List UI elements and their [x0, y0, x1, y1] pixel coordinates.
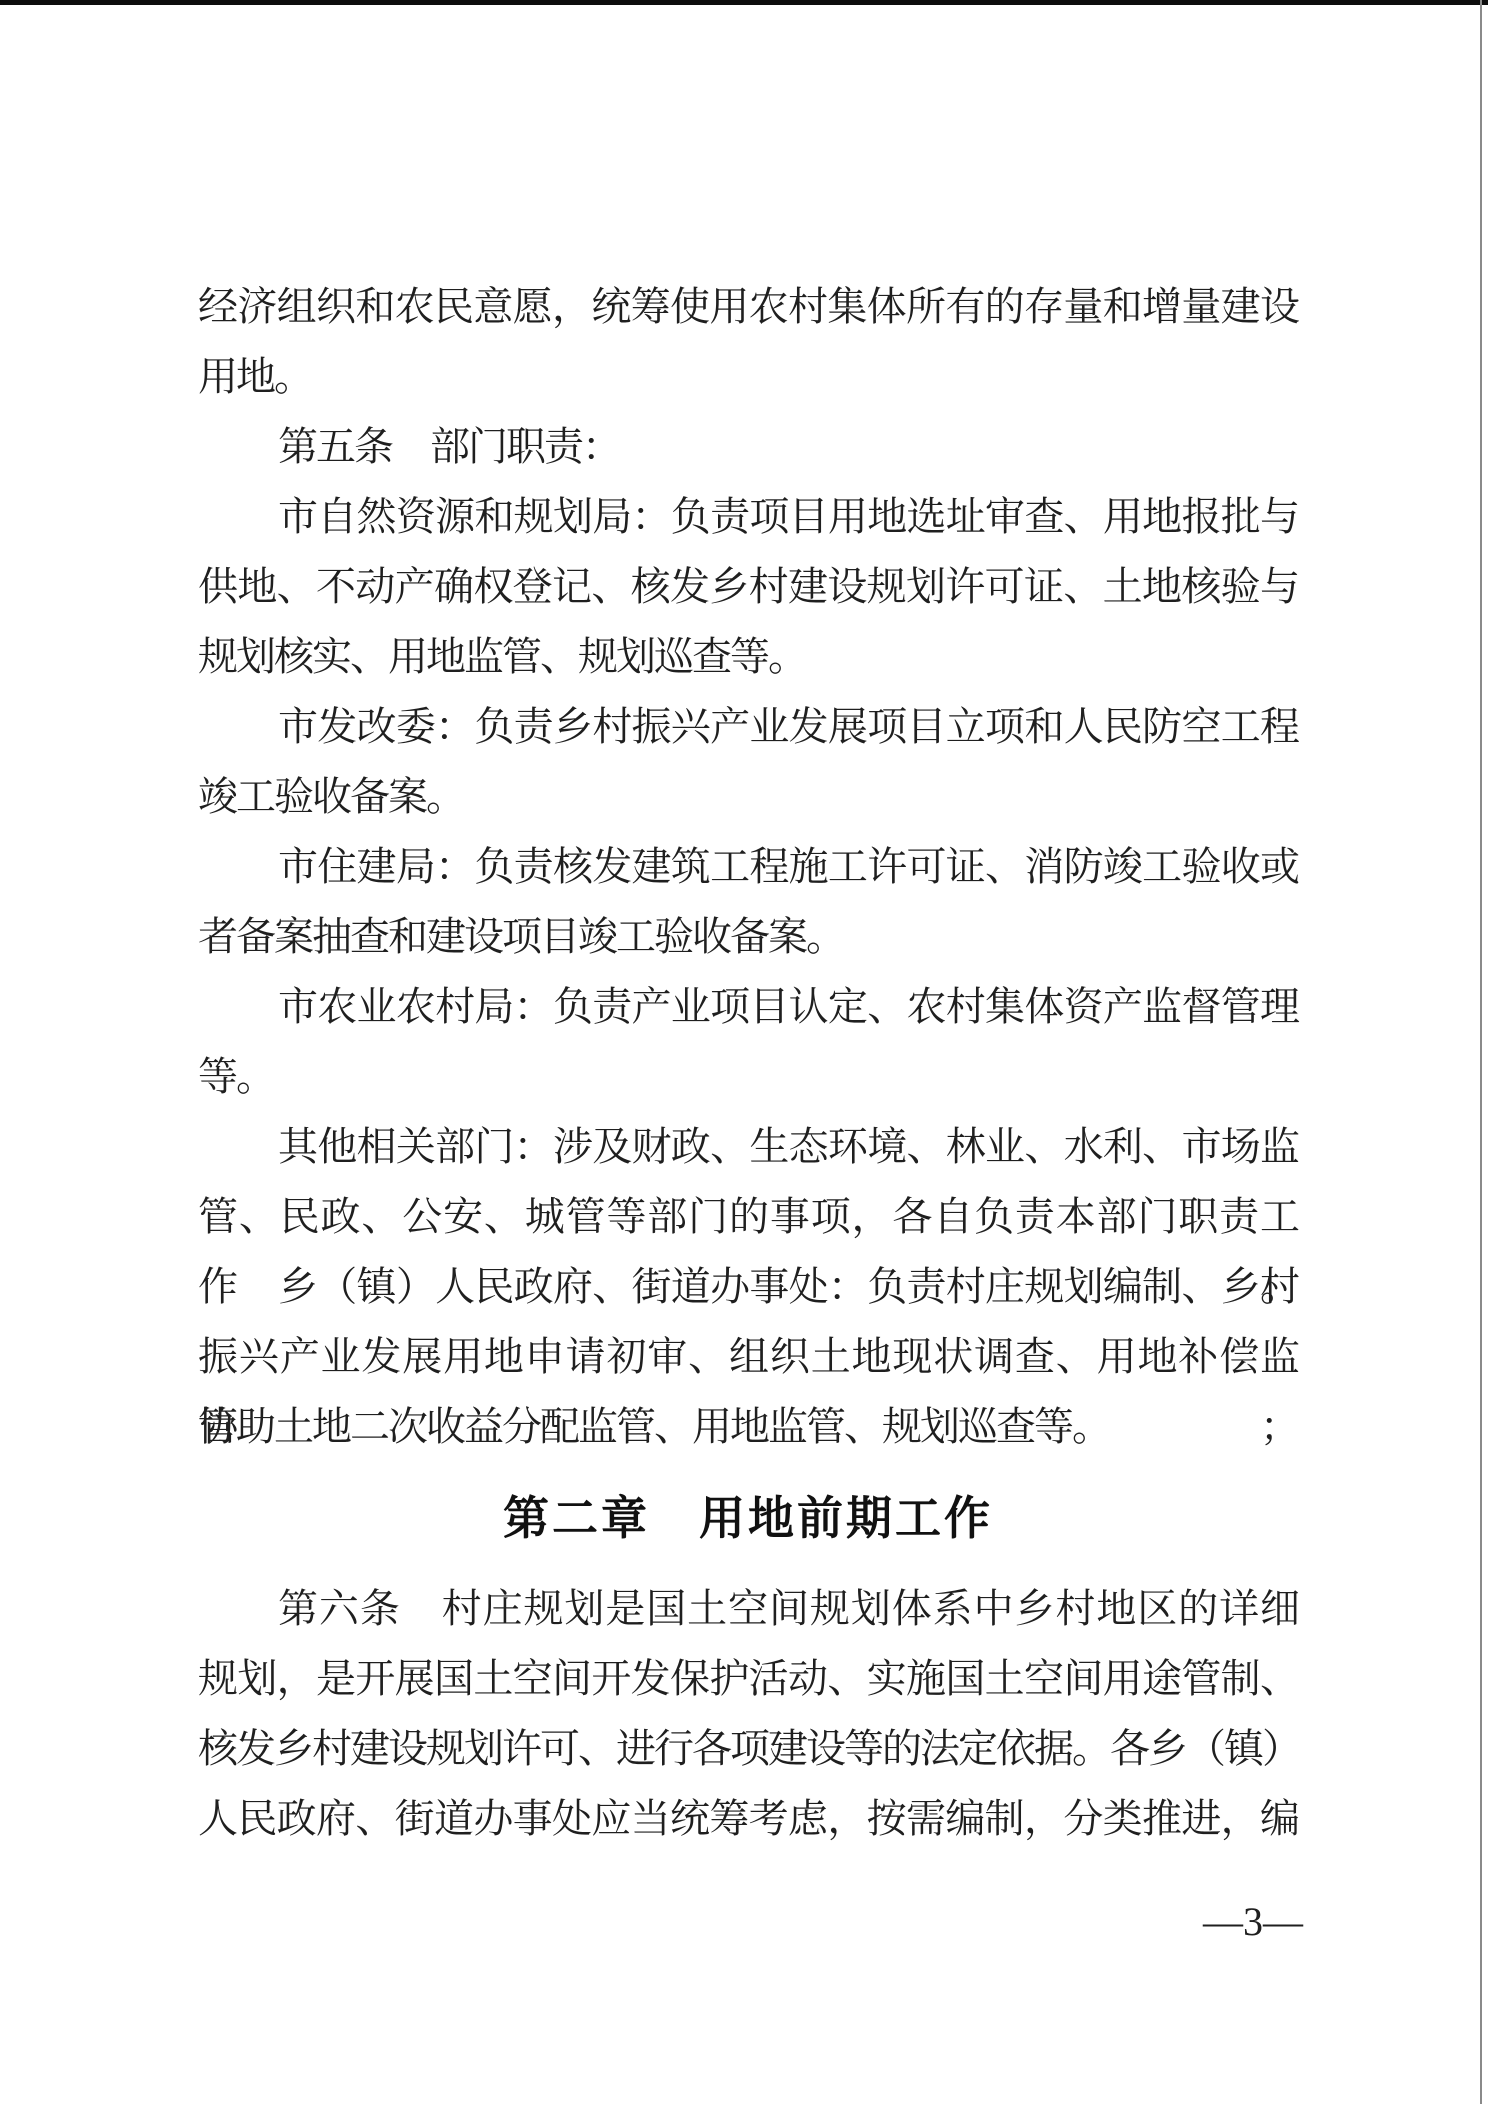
text-line: 用地。 [198, 342, 1298, 412]
text-line: 者备案抽查和建设项目竣工验收备案。 [198, 902, 1298, 972]
text-line: 第五条 部门职责： [198, 412, 1298, 482]
text-line: 市农业农村局：负责产业项目认定、农村集体资产监督管理 [198, 972, 1298, 1042]
scan-right-edge [1480, 0, 1482, 2104]
text-line: 市住建局：负责核发建筑工程施工许可证、消防竣工验收或 [198, 832, 1298, 902]
text-line: 核发乡村建设规划许可、进行各项建设等的法定依据。各乡（镇） [198, 1714, 1298, 1784]
text-line: 振兴产业发展用地申请初审、组织土地现状调查、用地补偿监管； [198, 1322, 1298, 1392]
text-line: 市自然资源和规划局：负责项目用地选址审查、用地报批与 [198, 482, 1298, 552]
text-line: 人民政府、街道办事处应当统筹考虑，按需编制，分类推进，编 [198, 1784, 1298, 1854]
text-line: 管、民政、公安、城管等部门的事项，各自负责本部门职责工作。 [198, 1182, 1298, 1252]
scan-top-edge [0, 0, 1488, 5]
chapter-heading: 第二章 用地前期工作 [198, 1483, 1298, 1553]
text-line: 规划，是开展国土空间开发保护活动、实施国土空间用途管制、 [198, 1644, 1298, 1714]
text-line: 供地、不动产确权登记、核发乡村建设规划许可证、土地核验与 [198, 552, 1298, 622]
document-body: 经济组织和农民意愿，统筹使用农村集体所有的存量和增量建设用地。第五条 部门职责：… [198, 272, 1298, 1854]
text-line: 等。 [198, 1042, 1298, 1112]
text-line: 其他相关部门：涉及财政、生态环境、林业、水利、市场监 [198, 1112, 1298, 1182]
text-line: 乡（镇）人民政府、街道办事处：负责村庄规划编制、乡村 [198, 1252, 1298, 1322]
text-line: 经济组织和农民意愿，统筹使用农村集体所有的存量和增量建设 [198, 272, 1298, 342]
document-page: 经济组织和农民意愿，统筹使用农村集体所有的存量和增量建设用地。第五条 部门职责：… [0, 0, 1488, 2104]
page-number: —3— [1203, 1887, 1303, 1957]
text-line: 规划核实、用地监管、规划巡查等。 [198, 622, 1298, 692]
text-line: 第六条 村庄规划是国土空间规划体系中乡村地区的详细 [198, 1574, 1298, 1644]
text-line: 竣工验收备案。 [198, 762, 1298, 832]
text-line: 市发改委：负责乡村振兴产业发展项目立项和人民防空工程 [198, 692, 1298, 762]
